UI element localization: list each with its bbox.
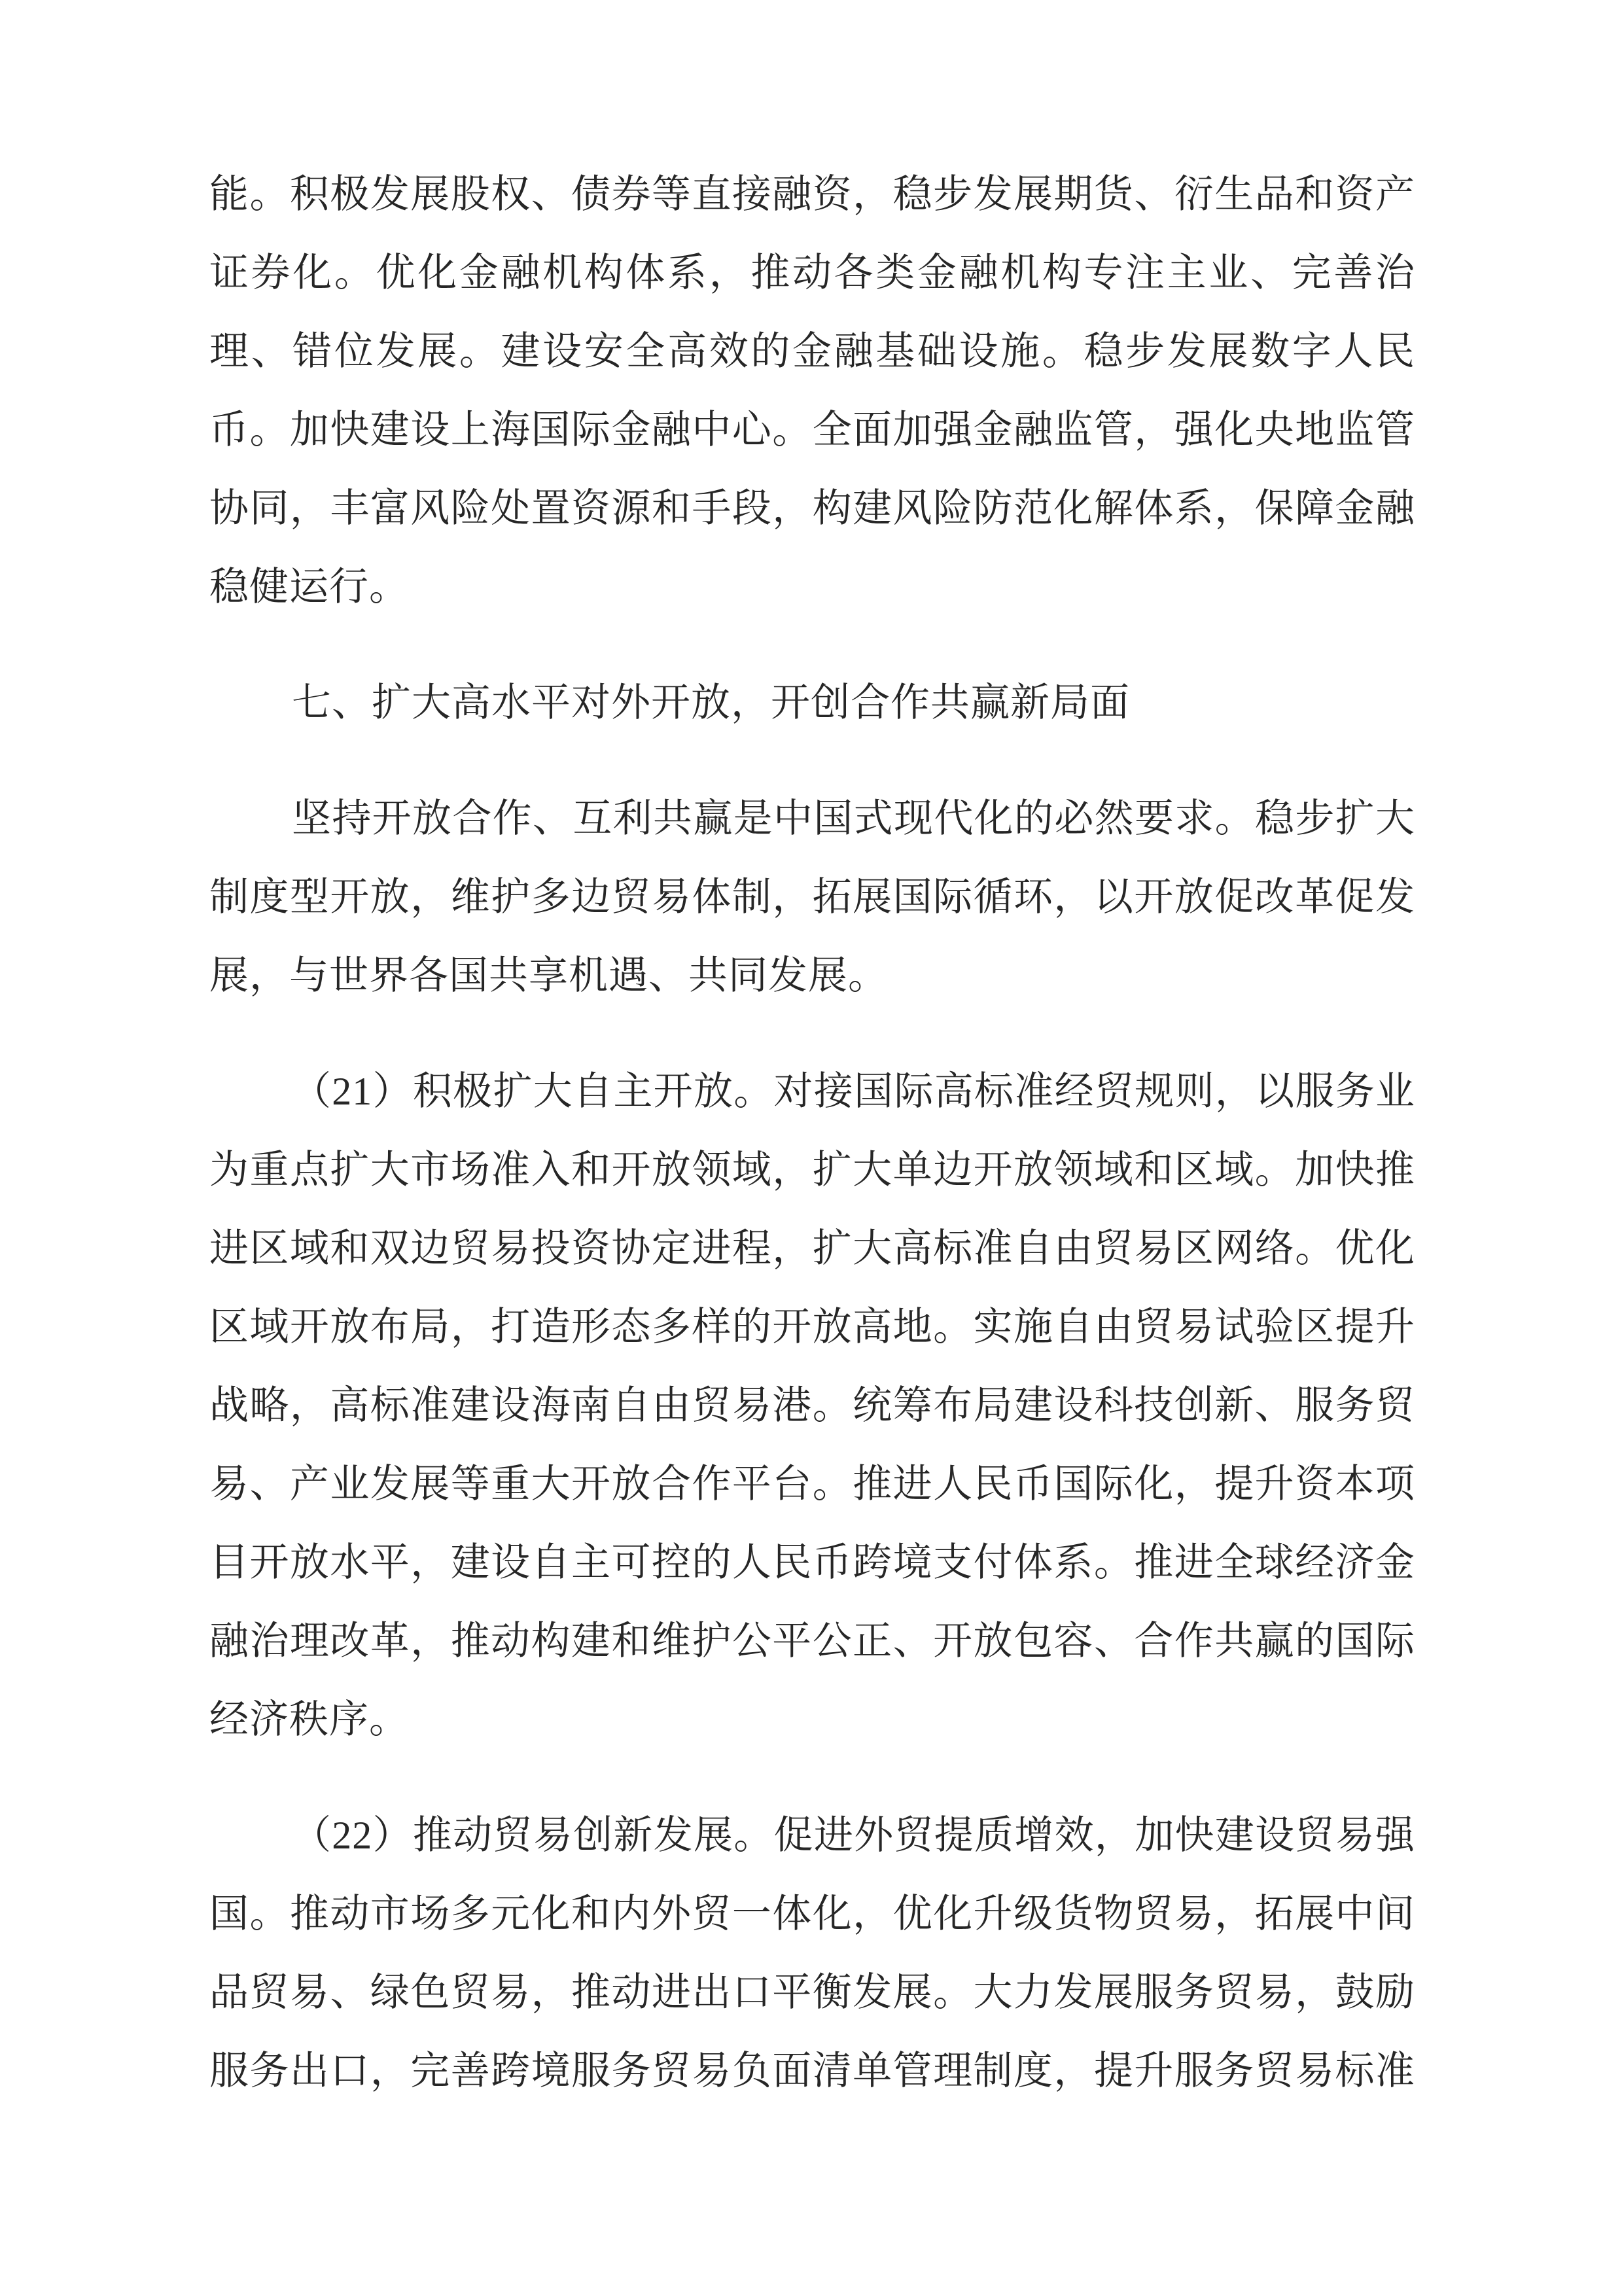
text-line: 理、错位发展。建设安全高效的金融基础设施。稳步发展数字人民 xyxy=(209,312,1415,391)
para-item-22: （22）推动贸易创新发展。促进外贸提质增效，加快建设贸易强 国。推动市场多元化和… xyxy=(209,1796,1415,2110)
text-line: 进区域和双边贸易投资协定进程，扩大高标准自由贸易区网络。优化 xyxy=(209,1209,1415,1288)
text-line: 易、产业发展等重大开放合作平台。推进人民币国际化，提升资本项 xyxy=(209,1445,1415,1523)
text-line: 经济秩序。 xyxy=(209,1680,1415,1759)
text-line: 区域开放布局，打造形态多样的开放高地。实施自由贸易试验区提升 xyxy=(209,1288,1415,1366)
text-line: 能。积极发展股权、债券等直接融资，稳步发展期货、衍生品和资产 xyxy=(209,155,1415,234)
text-line: 协同，丰富风险处置资源和手段，构建风险防范化解体系，保障金融 xyxy=(209,469,1415,548)
text-line: 为重点扩大市场准入和开放领域，扩大单边开放领域和区域。加快推 xyxy=(209,1131,1415,1209)
text-line: （21）积极扩大自主开放。对接国际高标准经贸规则，以服务业 xyxy=(209,1052,1415,1131)
text-line: 国。推动市场多元化和内外贸一体化，优化升级货物贸易，拓展中间 xyxy=(209,1875,1415,1953)
text-line: 证券化。优化金融机构体系，推动各类金融机构专注主业、完善治 xyxy=(209,234,1415,312)
text-line: （22）推动贸易创新发展。促进外贸提质增效，加快建设贸易强 xyxy=(209,1796,1415,1875)
document-page: 能。积极发展股权、债券等直接融资，稳步发展期货、衍生品和资产 证券化。优化金融机… xyxy=(0,0,1622,2296)
text-line: 目开放水平，建设自主可控的人民币跨境支付体系。推进全球经济金 xyxy=(209,1523,1415,1602)
text-line: 展，与世界各国共享机遇、共同发展。 xyxy=(209,936,1415,1015)
text-line: 品贸易、绿色贸易，推动进出口平衡发展。大力发展服务贸易，鼓励 xyxy=(209,1953,1415,2032)
text-line: 坚持开放合作、互利共赢是中国式现代化的必然要求。稳步扩大 xyxy=(209,779,1415,858)
section-heading-text: 七、扩大高水平对外开放，开创合作共赢新局面 xyxy=(209,663,1415,742)
text-line: 稳健运行。 xyxy=(209,548,1415,626)
para-section7-intro: 坚持开放合作、互利共赢是中国式现代化的必然要求。稳步扩大 制度型开放，维护多边贸… xyxy=(209,779,1415,1015)
para-financial-continuation: 能。积极发展股权、债券等直接融资，稳步发展期货、衍生品和资产 证券化。优化金融机… xyxy=(209,155,1415,626)
text-line: 服务出口，完善跨境服务贸易负面清单管理制度，提升服务贸易标准 xyxy=(209,2032,1415,2110)
text-line: 制度型开放，维护多边贸易体制，拓展国际循环，以开放促改革促发 xyxy=(209,858,1415,936)
text-line: 战略，高标准建设海南自由贸易港。统筹布局建设科技创新、服务贸 xyxy=(209,1366,1415,1445)
text-line: 融治理改革，推动构建和维护公平公正、开放包容、合作共赢的国际 xyxy=(209,1602,1415,1680)
section-7-heading: 七、扩大高水平对外开放，开创合作共赢新局面 xyxy=(209,663,1415,742)
para-item-21: （21）积极扩大自主开放。对接国际高标准经贸规则，以服务业 为重点扩大市场准入和… xyxy=(209,1052,1415,1759)
text-line: 币。加快建设上海国际金融中心。全面加强金融监管，强化央地监管 xyxy=(209,391,1415,469)
